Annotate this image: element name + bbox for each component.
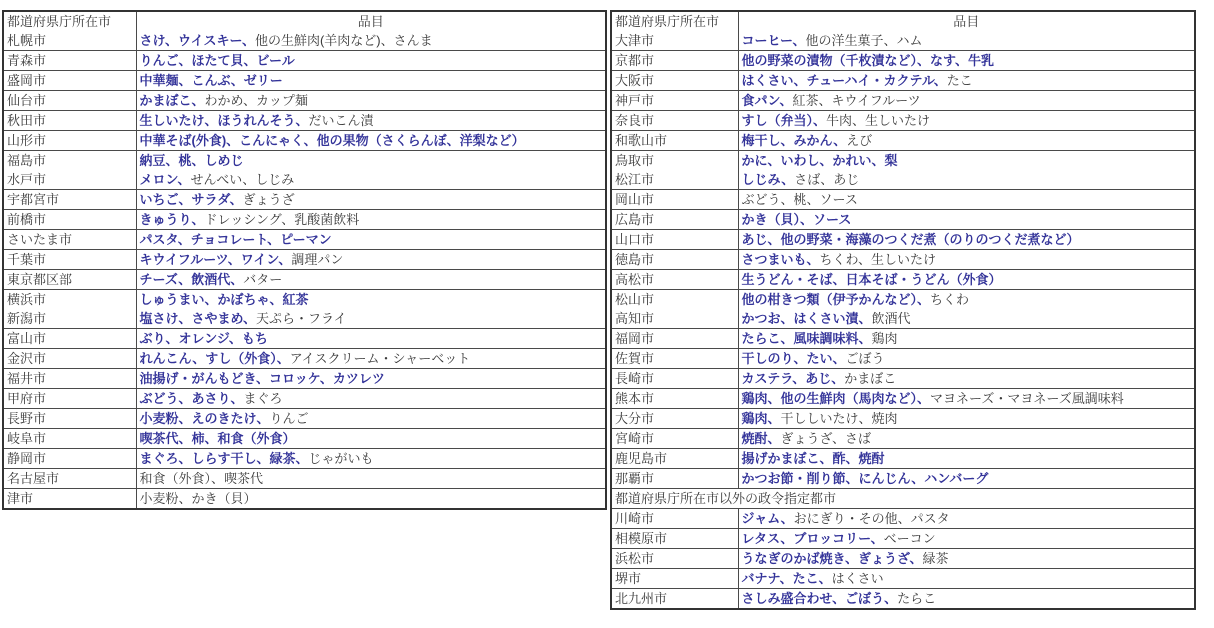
item-text-highlighted: あじ、	[742, 232, 781, 247]
item-text: ベーコン	[884, 531, 936, 546]
section-header-row: 都道府県庁所在市以外の政令指定都市	[611, 489, 1195, 509]
item-text: カップ麺	[256, 93, 308, 108]
table-row: 奈良市すし（弁当）、牛肉、生しいたけ	[611, 111, 1195, 131]
item-text: ぶどう、	[742, 192, 794, 207]
item-text: ちくわ、	[820, 252, 871, 267]
item-text-highlighted: れんこん、	[140, 351, 206, 366]
table-row: 佐賀市干しのり、たい、ごぼう	[611, 349, 1195, 369]
items-cell: さしみ盛合わせ、ごぼう、たらこ	[738, 589, 1195, 610]
city-cell: 神戸市	[611, 91, 738, 111]
item-text: 和食（外食）、	[140, 471, 225, 486]
item-text-highlighted: 柿、	[192, 431, 218, 446]
item-text-highlighted: 緑茶、	[270, 451, 309, 466]
items-cell: ジャム、おにぎり・その他、パスタ	[738, 509, 1195, 529]
item-text-highlighted: カステラ、	[742, 371, 806, 386]
item-text-highlighted: 他の野菜・海藻のつくだ煮（のりのつくだ煮など）	[781, 232, 1080, 247]
items-cell: 食パン、紅茶、キウイフルーツ	[738, 91, 1195, 111]
items-cell: 生しいたけ、ほうれんそう、だいこん漬	[136, 111, 606, 131]
table-row: 徳島市さつまいも、ちくわ、生しいたけ	[611, 250, 1195, 270]
table-row: 大津市コーヒー、他の洋生菓子、ハム	[611, 31, 1195, 51]
city-cell: 大津市	[611, 31, 738, 51]
item-text: ぎょうざ、	[781, 431, 845, 446]
item-text-highlighted: すし（外食）、	[205, 351, 290, 366]
items-cell: さつまいも、ちくわ、生しいたけ	[738, 250, 1195, 270]
items-cell: まぐろ、しらす干し、緑茶、じゃがいも	[136, 449, 606, 469]
item-text-highlighted: えのきたけ、	[192, 411, 270, 426]
items-cell: しゅうまい、かぼちゃ、紅茶	[136, 290, 606, 310]
table-row: 鹿児島市揚げかまぼこ、酢、焼酎	[611, 449, 1195, 469]
item-text-highlighted: 焼酎	[859, 451, 885, 466]
item-text: りんご	[270, 411, 309, 426]
city-cell: 盛岡市	[3, 71, 136, 91]
city-cell: 長野市	[3, 409, 136, 429]
city-cell: 金沢市	[3, 349, 136, 369]
capital-city-items-table-right: 都道府県庁所在市品目大津市コーヒー、他の洋生菓子、ハム京都市他の野菜の漬物（千枚…	[610, 10, 1196, 610]
item-text-highlighted: かつお節・削り節、	[742, 471, 859, 486]
item-text-highlighted: ぶどう、	[140, 391, 192, 406]
city-cell: 宇都宮市	[3, 190, 136, 210]
table-row: 川崎市ジャム、おにぎり・その他、パスタ	[611, 509, 1195, 529]
items-cell: 梅干し、みかん、えび	[738, 131, 1195, 151]
item-text-highlighted: たこ、	[793, 571, 832, 586]
item-text: じゃがいも	[309, 451, 374, 466]
table-row: 静岡市まぐろ、しらす干し、緑茶、じゃがいも	[3, 449, 606, 469]
items-cell: 他の柑きつ類（伊予かんなど）、ちくわ	[738, 290, 1195, 310]
items-cell: かつお、はくさい漬、飲酒代	[738, 309, 1195, 329]
item-text-highlighted: きゅうり、	[140, 212, 205, 227]
city-cell: 堺市	[611, 569, 738, 589]
table-row: 水戸市メロン、せんべい、しじみ	[3, 170, 606, 190]
item-text-highlighted: ぶり、	[140, 331, 179, 346]
city-cell: 大阪市	[611, 71, 738, 91]
table-row: 東京都区部チーズ、飲酒代、バター	[3, 270, 606, 290]
item-text-highlighted: かき（貝）、	[742, 212, 814, 227]
table-row: 長崎市カステラ、あじ、かまぼこ	[611, 369, 1195, 389]
city-cell: 広島市	[611, 210, 738, 230]
item-text: さば	[845, 431, 871, 446]
items-cell: 油揚げ・がんもどき、コロッケ、カツレツ	[136, 369, 606, 389]
item-text: さんま	[394, 33, 433, 48]
city-cell: 松江市	[611, 170, 738, 190]
items-cell: 中華麺、こんぶ、ゼリー	[136, 71, 606, 91]
item-text-highlighted: さしみ盛合わせ、	[742, 591, 846, 606]
items-cell: すし（弁当）、牛肉、生しいたけ	[738, 111, 1195, 131]
table-row: 山口市あじ、他の野菜・海藻のつくだ煮（のりのつくだ煮など）	[611, 230, 1195, 250]
table-row: 大阪市はくさい、チューハイ・カクテル、たこ	[611, 71, 1195, 91]
item-text: 干ししいたけ、	[781, 411, 872, 426]
table-row: 宇都宮市いちご、サラダ、ぎょうざ	[3, 190, 606, 210]
item-text-highlighted: ジャム、	[742, 511, 794, 526]
table-row: 岐阜市喫茶代、柿、和食（外食）	[3, 429, 606, 449]
items-cell: れんこん、すし（外食）、アイスクリーム・シャーベット	[136, 349, 606, 369]
item-text-highlighted: 他の果物（さくらんぼ、洋梨など）	[317, 133, 525, 148]
item-text-highlighted: バナナ、	[742, 571, 793, 586]
item-text-highlighted: うなぎのかば焼き、	[742, 551, 858, 566]
item-text-highlighted: さやまめ、	[192, 311, 256, 326]
item-text-highlighted: もち	[242, 331, 268, 346]
item-text: ぎょうざ	[243, 192, 295, 207]
item-text-highlighted: 干しのり、	[742, 351, 807, 366]
items-cell: うなぎのかば焼き、ぎょうざ、緑茶	[738, 549, 1195, 569]
table-row: 高知市かつお、はくさい漬、飲酒代	[611, 309, 1195, 329]
city-cell: 新潟市	[3, 309, 136, 329]
items-cell: ぶどう、あさり、まぐろ	[136, 389, 606, 409]
city-cell: 富山市	[3, 329, 136, 349]
item-text-highlighted: にんじん、	[859, 471, 925, 486]
city-cell: 鹿児島市	[611, 449, 738, 469]
table-row: 高松市生うどん・そば、日本そば・うどん（外食）	[611, 270, 1195, 290]
item-text-highlighted: あさり、	[192, 391, 244, 406]
city-cell: 津市	[3, 489, 136, 510]
item-text: はくさい	[832, 571, 884, 586]
items-cell: バナナ、たこ、はくさい	[738, 569, 1195, 589]
table-row: 青森市りんご、ほたて貝、ビール	[3, 51, 606, 71]
table-row: 仙台市かまぼこ、わかめ、カップ麺	[3, 91, 606, 111]
city-cell: 青森市	[3, 51, 136, 71]
item-text: パスタ	[911, 511, 950, 526]
item-text-highlighted: コーヒー、	[742, 33, 806, 48]
city-cell: 岡山市	[611, 190, 738, 210]
item-text-highlighted: コロッケ、	[269, 371, 333, 386]
items-cell: 中華そば(外食)、こんにゃく、他の果物（さくらんぼ、洋梨など）	[136, 131, 606, 151]
item-text-highlighted: チューハイ・カクテル、	[807, 73, 947, 88]
table-row: 岡山市ぶどう、桃、ソース	[611, 190, 1195, 210]
item-text: 焼肉	[872, 411, 898, 426]
table-row: 前橋市きゅうり、ドレッシング、乳酸菌飲料	[3, 210, 606, 230]
items-column-header: 品目	[136, 11, 606, 31]
items-cell: ぶり、オレンジ、もち	[136, 329, 606, 349]
item-text-highlighted: レタス、	[742, 531, 794, 546]
item-text: たこ	[947, 73, 973, 88]
item-text-highlighted: しゅうまい、	[140, 292, 218, 307]
item-text-highlighted: メロン、	[140, 172, 191, 187]
header-row: 都道府県庁所在市品目	[611, 11, 1195, 31]
item-text-highlighted: 日本そば・うどん（外食）	[846, 272, 1002, 287]
city-cell: 高知市	[611, 309, 738, 329]
item-text: えび	[846, 133, 872, 148]
item-text-highlighted: 梅干し、	[742, 133, 794, 148]
table-row: 盛岡市中華麺、こんぶ、ゼリー	[3, 71, 606, 91]
items-cell: 揚げかまぼこ、酢、焼酎	[738, 449, 1195, 469]
city-cell: 札幌市	[3, 31, 136, 51]
items-cell: かに、いわし、かれい、梨	[738, 151, 1195, 171]
items-cell: りんご、ほたて貝、ビール	[136, 51, 606, 71]
items-cell: かまぼこ、わかめ、カップ麺	[136, 91, 606, 111]
city-cell: 鳥取市	[611, 151, 738, 171]
item-text: マヨネーズ・マヨネーズ風調味料	[930, 391, 1124, 406]
city-cell: 静岡市	[3, 449, 136, 469]
item-text-highlighted: なす、	[930, 53, 968, 68]
item-text: 喫茶代	[224, 471, 263, 486]
table-row: 津市小麦粉、かき（貝）	[3, 489, 606, 510]
item-text-highlighted: 他の生鮮肉（馬肉など）、	[781, 391, 931, 406]
city-cell: 福岡市	[611, 329, 738, 349]
item-text-highlighted: みかん、	[794, 133, 847, 148]
items-cell: 塩さけ、さやまめ、天ぷら・フライ	[136, 309, 606, 329]
table-row: 神戸市食パン、紅茶、キウイフルーツ	[611, 91, 1195, 111]
items-cell: カステラ、あじ、かまぼこ	[738, 369, 1195, 389]
items-cell: 和食（外食）、喫茶代	[136, 469, 606, 489]
city-cell: 横浜市	[3, 290, 136, 310]
item-text: バター	[243, 272, 282, 287]
item-text-highlighted: りんご、	[140, 53, 192, 68]
item-text: 他の洋生菓子、	[805, 33, 896, 48]
item-text: ごぼう	[846, 351, 885, 366]
city-cell: 福井市	[3, 369, 136, 389]
table-row: 新潟市塩さけ、さやまめ、天ぷら・フライ	[3, 309, 606, 329]
table-row: 長野市小麦粉、えのきたけ、りんご	[3, 409, 606, 429]
city-cell: 千葉市	[3, 250, 136, 270]
item-text: 飲酒代	[872, 311, 911, 326]
item-text-highlighted: たい、	[807, 351, 846, 366]
item-text-highlighted: 小麦粉、	[140, 411, 192, 426]
city-cell: 山口市	[611, 230, 738, 250]
city-cell: 佐賀市	[611, 349, 738, 369]
items-column-header: 品目	[738, 11, 1195, 31]
city-cell: 名古屋市	[3, 469, 136, 489]
city-cell: 京都市	[611, 51, 738, 71]
item-text-highlighted: かぼちゃ、	[218, 292, 283, 307]
item-text: 牛肉、	[826, 113, 865, 128]
item-text: 緑茶	[922, 551, 948, 566]
item-text-highlighted: かに、	[742, 153, 781, 168]
items-cell: 納豆、桃、しめじ	[136, 151, 606, 171]
item-text-highlighted: 牛乳	[968, 53, 994, 68]
item-text-highlighted: ハンバーグ	[924, 471, 988, 486]
items-cell: 小麦粉、えのきたけ、りんご	[136, 409, 606, 429]
items-cell: かつお節・削り節、にんじん、ハンバーグ	[738, 469, 1195, 489]
item-text-highlighted: 生しいたけ、	[140, 113, 218, 128]
items-cell: かき（貝）、ソース	[738, 210, 1195, 230]
item-text-highlighted: さつまいも、	[742, 252, 820, 267]
item-text-highlighted: ぎょうざ、	[858, 551, 922, 566]
item-text-highlighted: 和食（外食）	[218, 431, 296, 446]
table-row: 浜松市うなぎのかば焼き、ぎょうざ、緑茶	[611, 549, 1195, 569]
items-cell: 生うどん・そば、日本そば・うどん（外食）	[738, 270, 1195, 290]
city-cell: 山形市	[3, 131, 136, 151]
item-text-highlighted: 中華そば(外食)、	[140, 133, 240, 148]
item-text: 調理パン	[291, 252, 343, 267]
items-cell: パスタ、チョコレート、ピーマン	[136, 230, 606, 250]
table-row: 札幌市さけ、ウイスキー、他の生鮮肉(羊肉など)、さんま	[3, 31, 606, 51]
item-text-highlighted: こんぶ、	[192, 73, 244, 88]
item-text-highlighted: 納豆、	[140, 153, 179, 168]
items-cell: さけ、ウイスキー、他の生鮮肉(羊肉など)、さんま	[136, 31, 606, 51]
items-cell: たらこ、風味調味料、鶏肉	[738, 329, 1195, 349]
city-cell: 和歌山市	[611, 131, 738, 151]
header-row: 都道府県庁所在市品目	[3, 11, 606, 31]
item-text-highlighted: すし（弁当）、	[742, 113, 827, 128]
item-text: まぐろ	[244, 391, 283, 406]
table-row: 松江市しじみ、さば、あじ	[611, 170, 1195, 190]
table-row: 松山市他の柑きつ類（伊予かんなど）、ちくわ	[611, 290, 1195, 310]
item-text-highlighted: さけ、	[140, 33, 178, 48]
table-row: 甲府市ぶどう、あさり、まぐろ	[3, 389, 606, 409]
item-text-highlighted: 食パン、	[742, 93, 793, 108]
table-row: さいたま市パスタ、チョコレート、ピーマン	[3, 230, 606, 250]
city-cell: 水戸市	[3, 170, 136, 190]
left-table-wrap: 都道府県庁所在市品目札幌市さけ、ウイスキー、他の生鮮肉(羊肉など)、さんま青森市…	[2, 10, 607, 510]
city-cell: 宮崎市	[611, 429, 738, 449]
item-text-highlighted: たらこ、	[742, 331, 794, 346]
table-row: 熊本市鶏肉、他の生鮮肉（馬肉など）、マヨネーズ・マヨネーズ風調味料	[611, 389, 1195, 409]
item-text-highlighted: 焼酎、	[742, 431, 781, 446]
item-text-highlighted: いわし、	[781, 153, 833, 168]
item-text-highlighted: サラダ、	[192, 192, 243, 207]
city-cell: 松山市	[611, 290, 738, 310]
table-row: 千葉市キウイフルーツ、ワイン、調理パン	[3, 250, 606, 270]
table-row: 那覇市かつお節・削り節、にんじん、ハンバーグ	[611, 469, 1195, 489]
items-cell: しじみ、さば、あじ	[738, 170, 1195, 190]
item-text-highlighted: 喫茶代、	[140, 431, 192, 446]
city-cell: 北九州市	[611, 589, 738, 610]
item-text-highlighted: 油揚げ・がんもどき、	[140, 371, 269, 386]
items-cell: 鶏肉、干ししいたけ、焼肉	[738, 409, 1195, 429]
item-text-highlighted: かつお、	[742, 311, 794, 326]
item-text-highlighted: しじみ、	[742, 172, 795, 187]
city-cell: 長崎市	[611, 369, 738, 389]
item-text: かまぼこ	[844, 371, 896, 386]
item-text: ちくわ	[930, 292, 969, 307]
items-cell: いちご、サラダ、ぎょうざ	[136, 190, 606, 210]
items-cell: レタス、ブロッコリー、ベーコン	[738, 529, 1195, 549]
item-text: 紅茶、	[792, 93, 831, 108]
city-cell: 相模原市	[611, 529, 738, 549]
city-cell: 浜松市	[611, 549, 738, 569]
table-row: 京都市他の野菜の漬物（千枚漬など）、なす、牛乳	[611, 51, 1195, 71]
item-text: しじみ	[255, 172, 294, 187]
item-text-highlighted: ごぼう、	[845, 591, 897, 606]
item-text-highlighted: あじ、	[805, 371, 844, 386]
item-text-highlighted: 梨	[885, 153, 898, 168]
table-row: 福井市油揚げ・がんもどき、コロッケ、カツレツ	[3, 369, 606, 389]
item-text-highlighted: いちご、	[140, 192, 192, 207]
item-text: せんべい、	[190, 172, 255, 187]
item-text-highlighted: 生うどん・そば、	[742, 272, 846, 287]
item-text-highlighted: しらす干し、	[192, 451, 270, 466]
city-cell: 高松市	[611, 270, 738, 290]
table-row: 横浜市しゅうまい、かぼちゃ、紅茶	[3, 290, 606, 310]
item-text-highlighted: 中華麺、	[140, 73, 192, 88]
item-text-highlighted: まぐろ、	[140, 451, 192, 466]
items-cell: キウイフルーツ、ワイン、調理パン	[136, 250, 606, 270]
city-cell: さいたま市	[3, 230, 136, 250]
item-text-highlighted: 鶏肉、	[742, 391, 781, 406]
table-row: 鳥取市かに、いわし、かれい、梨	[611, 151, 1195, 171]
item-text-highlighted: ビール	[257, 53, 295, 68]
item-text-highlighted: はくさい漬、	[794, 311, 872, 326]
item-text-highlighted: チーズ、	[140, 272, 192, 287]
item-text-highlighted: 風味調味料、	[794, 331, 872, 346]
item-text: ハム	[896, 33, 922, 48]
item-text: ソース	[820, 192, 858, 207]
table-row: 北九州市さしみ盛合わせ、ごぼう、たらこ	[611, 589, 1195, 610]
item-text-highlighted: 他の野菜の漬物（千枚漬など）、	[742, 53, 931, 68]
city-cell: 東京都区部	[3, 270, 136, 290]
item-text-highlighted: 飲酒代、	[191, 272, 243, 287]
items-cell: きゅうり、ドレッシング、乳酸菌飲料	[136, 210, 606, 230]
item-text-highlighted: カツレツ	[333, 371, 385, 386]
item-text: アイスクリーム・シャーベット	[290, 351, 470, 366]
table-row: 相模原市レタス、ブロッコリー、ベーコン	[611, 529, 1195, 549]
item-text-highlighted: ソース	[813, 212, 851, 227]
table-row: 山形市中華そば(外食)、こんにゃく、他の果物（さくらんぼ、洋梨など）	[3, 131, 606, 151]
item-text: あじ	[833, 172, 859, 187]
city-cell: 徳島市	[611, 250, 738, 270]
city-column-header: 都道府県庁所在市	[611, 11, 738, 31]
item-text-highlighted: 塩さけ、	[140, 311, 192, 326]
item-text-highlighted: 紅茶	[283, 292, 309, 307]
item-text-highlighted: 鶏肉、	[742, 411, 781, 426]
city-cell: 奈良市	[611, 111, 738, 131]
city-cell: 仙台市	[3, 91, 136, 111]
item-text-highlighted: ワイン、	[241, 252, 292, 267]
items-cell: 小麦粉、かき（貝）	[136, 489, 606, 510]
table-row: 秋田市生しいたけ、ほうれんそう、だいこん漬	[3, 111, 606, 131]
item-text-highlighted: ピーマン	[280, 232, 331, 247]
item-text: さば、	[794, 172, 833, 187]
item-text: キウイフルーツ	[831, 93, 920, 108]
table-row: 広島市かき（貝）、ソース	[611, 210, 1195, 230]
item-text: 他の生鮮肉(羊肉など)、	[255, 33, 394, 48]
capital-city-items-table-left: 都道府県庁所在市品目札幌市さけ、ウイスキー、他の生鮮肉(羊肉など)、さんま青森市…	[2, 10, 607, 510]
section-header-cell: 都道府県庁所在市以外の政令指定都市	[611, 489, 1195, 509]
item-text: 生しいたけ	[871, 252, 936, 267]
item-text-highlighted: かまぼこ、	[140, 93, 205, 108]
items-cell: はくさい、チューハイ・カクテル、たこ	[738, 71, 1195, 91]
items-cell: コーヒー、他の洋生菓子、ハム	[738, 31, 1195, 51]
items-cell: 喫茶代、柿、和食（外食）	[136, 429, 606, 449]
item-text-highlighted: 酢、	[833, 451, 859, 466]
item-text: 桃、	[794, 192, 820, 207]
table-row: 宮崎市焼酎、ぎょうざ、さば	[611, 429, 1195, 449]
item-text: おにぎり・その他、	[794, 511, 911, 526]
table-row: 大分市鶏肉、干ししいたけ、焼肉	[611, 409, 1195, 429]
city-cell: 岐阜市	[3, 429, 136, 449]
items-cell: 鶏肉、他の生鮮肉（馬肉など）、マヨネーズ・マヨネーズ風調味料	[738, 389, 1195, 409]
table-row: 金沢市れんこん、すし（外食）、アイスクリーム・シャーベット	[3, 349, 606, 369]
city-column-header: 都道府県庁所在市	[3, 11, 136, 31]
item-text: かき（貝）	[192, 491, 257, 506]
item-text: 鶏肉	[872, 331, 898, 346]
item-text-highlighted: ほたて貝、	[192, 53, 257, 68]
table-row: 福島市納豆、桃、しめじ	[3, 151, 606, 171]
item-text-highlighted: かれい、	[833, 153, 885, 168]
item-text: 天ぷら・フライ	[256, 311, 347, 326]
city-cell: 前橋市	[3, 210, 136, 230]
item-text-highlighted: 揚げかまぼこ、	[742, 451, 833, 466]
city-cell: 那覇市	[611, 469, 738, 489]
items-cell: 他の野菜の漬物（千枚漬など）、なす、牛乳	[738, 51, 1195, 71]
items-cell: 焼酎、ぎょうざ、さば	[738, 429, 1195, 449]
item-text-highlighted: はくさい、	[742, 73, 807, 88]
item-text: 生しいたけ	[865, 113, 930, 128]
items-cell: あじ、他の野菜・海藻のつくだ煮（のりのつくだ煮など）	[738, 230, 1195, 250]
city-cell: 川崎市	[611, 509, 738, 529]
item-text: 小麦粉、	[140, 491, 192, 506]
table-row: 和歌山市梅干し、みかん、えび	[611, 131, 1195, 151]
item-text-highlighted: ウイスキー、	[178, 33, 255, 48]
item-text-highlighted: キウイフルーツ、	[140, 252, 241, 267]
item-text-highlighted: オレンジ、	[179, 331, 242, 346]
items-cell: ぶどう、桃、ソース	[738, 190, 1195, 210]
item-text-highlighted: 桃、	[179, 153, 205, 168]
table-row: 名古屋市和食（外食）、喫茶代	[3, 469, 606, 489]
table-row: 福岡市たらこ、風味調味料、鶏肉	[611, 329, 1195, 349]
item-text: わかめ、	[205, 93, 256, 108]
item-text-highlighted: 他の柑きつ類（伊予かんなど）、	[742, 292, 931, 307]
city-cell: 福島市	[3, 151, 136, 171]
